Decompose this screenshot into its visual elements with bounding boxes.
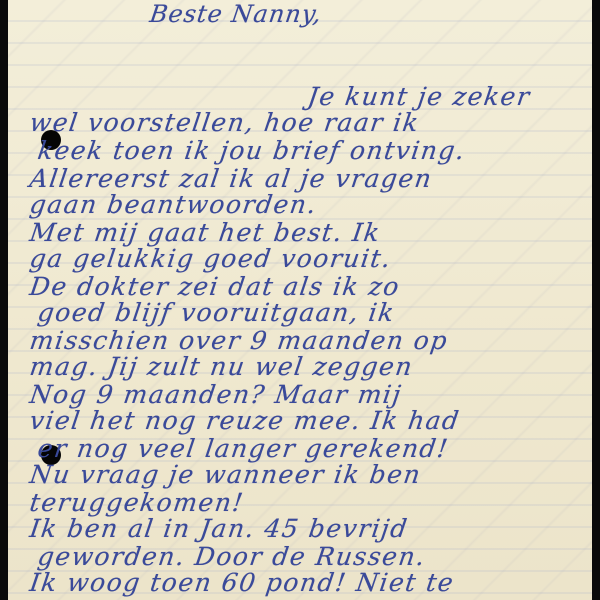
letter-line: Nog 9 maanden? Maar mij	[28, 380, 404, 409]
letter-line: misschien over 9 maanden op	[28, 326, 450, 355]
letter-line: goed blijf vooruitgaan, ik	[36, 298, 397, 327]
letter-line: ga gelukkig goed vooruit.	[28, 244, 394, 273]
letter-greeting: Beste Nanny,	[148, 0, 324, 28]
letter-line: er nog veel langer gerekend!	[36, 434, 451, 463]
letter-page: Beste Nanny, Je kunt je zeker wel voorst…	[8, 0, 592, 600]
letter-line: keek toen ik jou brief ontving.	[36, 136, 468, 165]
letter-line: viel het nog reuze mee. Ik had	[28, 406, 462, 435]
letter-line: Ik woog toen 60 pond! Niet te	[28, 568, 456, 597]
letter-line: geworden. Door de Russen.	[36, 542, 428, 571]
letter-line: teruggekomen!	[28, 488, 246, 517]
letter-line: De dokter zei dat als ik zo	[28, 272, 402, 301]
letter-line: Allereerst zal ik al je vragen	[28, 164, 435, 193]
letter-line: Ik ben al in Jan. 45 bevrijd	[28, 514, 410, 543]
letter-line: Nu vraag je wanneer ik ben	[28, 460, 423, 489]
letter-line: wel voorstellen, hoe raar ik	[28, 108, 422, 137]
letter-line: mag. Jij zult nu wel zeggen	[28, 352, 415, 381]
letter-line: Je kunt je zeker	[306, 82, 533, 111]
letter-line: Met mij gaat het best. Ik	[28, 218, 383, 247]
letter-line: gaan beantwoorden.	[28, 190, 319, 219]
